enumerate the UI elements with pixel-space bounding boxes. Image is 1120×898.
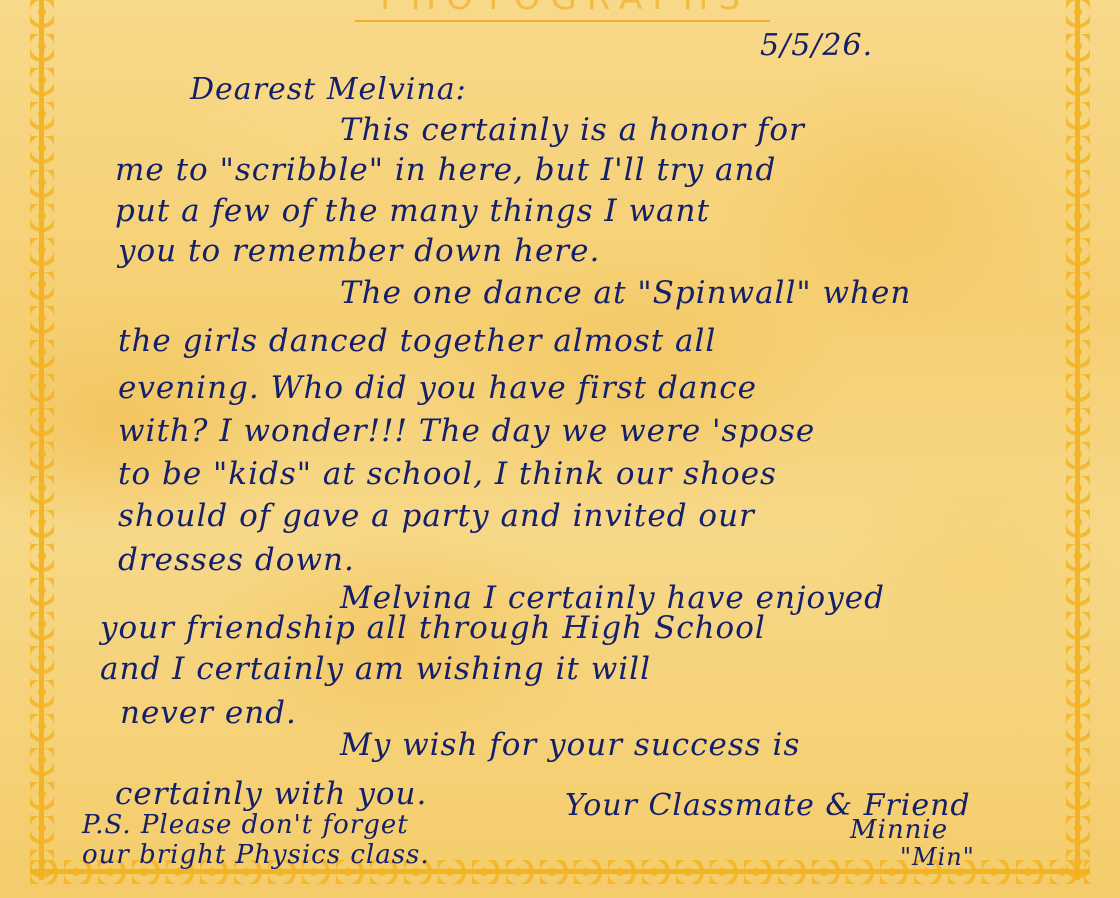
header-rule: [355, 20, 770, 22]
letter-line: you to remember down here.: [118, 233, 600, 269]
letter-line: with? I wonder!!! The day we were 'spose: [118, 413, 815, 449]
letter-line: evening. Who did you have first dance: [118, 370, 757, 406]
letter-line: your friendship all through High School: [100, 610, 766, 646]
letter-line: the girls danced together almost all: [118, 323, 716, 359]
scrapbook-page: PHOTOGRAPHS 5/5/26. Dearest Melvina: Thi…: [0, 0, 1120, 898]
letter-date: 5/5/26.: [760, 28, 873, 63]
letter-line: The one dance at "Spinwall" when: [340, 275, 911, 311]
page-header-title: PHOTOGRAPHS: [355, 0, 775, 18]
letter-line: to be "kids" at school, I think our shoe…: [118, 456, 777, 492]
letter-line: put a few of the many things I want: [115, 193, 710, 229]
letter-nickname: "Min": [900, 843, 975, 871]
letter-salutation: Dearest Melvina:: [190, 72, 467, 107]
left-vine-border: [30, 0, 54, 880]
letter-line: and I certainly am wishing it will: [100, 651, 651, 687]
letter-line: This certainly is a honor for: [340, 112, 805, 148]
letter-line: certainly with you.: [115, 776, 427, 812]
letter-signature: Minnie: [850, 815, 948, 845]
postscript-line: our bright Physics class.: [82, 840, 430, 870]
letter-line: never end.: [120, 695, 297, 731]
postscript-line: P.S. Please don't forget: [82, 810, 409, 840]
letter-line: should of gave a party and invited our: [118, 498, 755, 534]
letter-line: My wish for your success is: [340, 727, 800, 763]
letter-line: dresses down.: [118, 542, 355, 578]
right-vine-border: [1066, 0, 1090, 880]
letter-line: me to "scribble" in here, but I'll try a…: [115, 152, 776, 188]
